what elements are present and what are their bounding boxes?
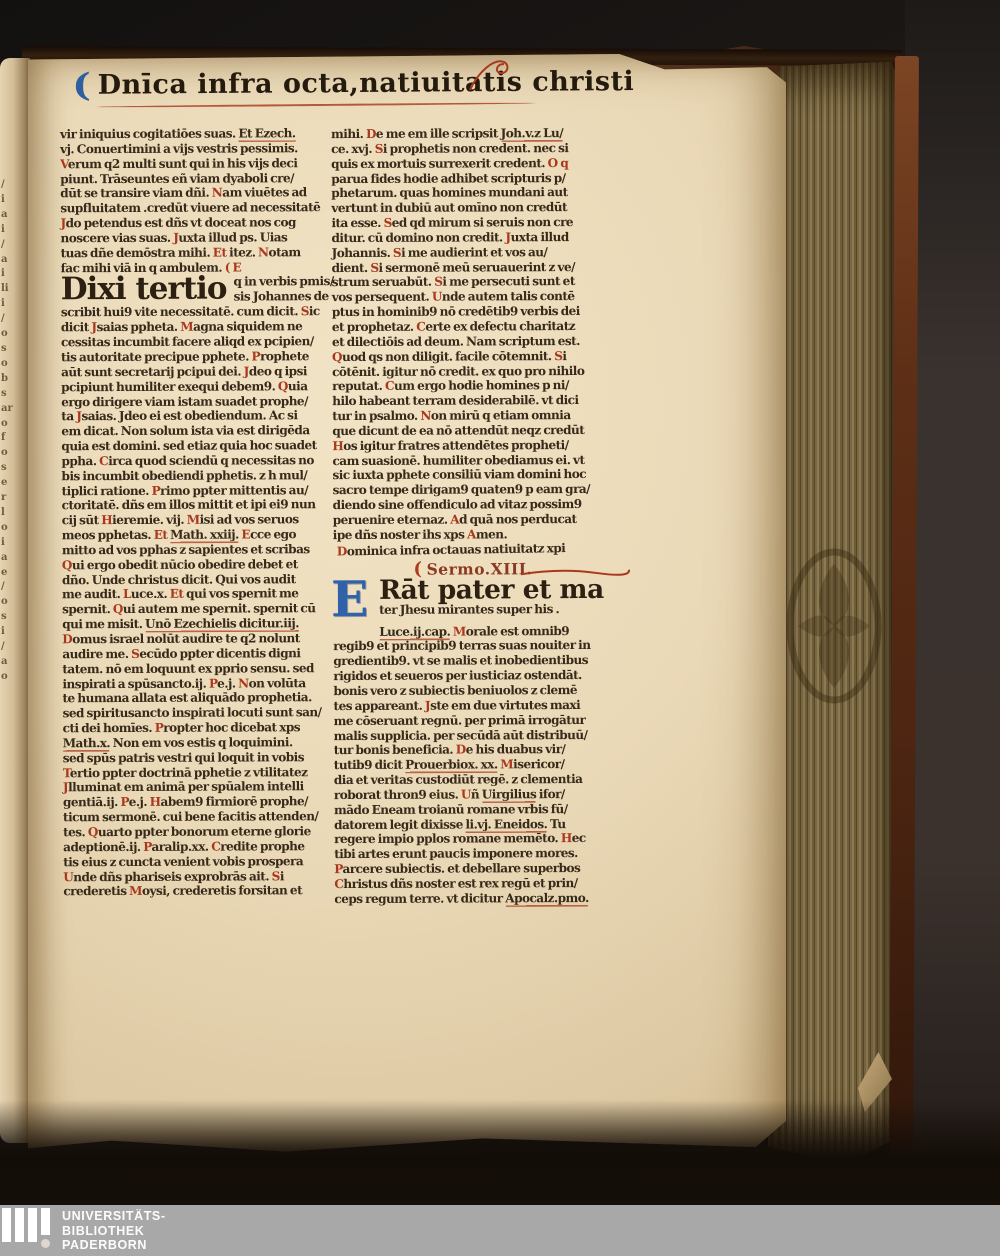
text-line: piunt. Trāseuntes eñ viam dyaboli cre/ — [60, 171, 330, 187]
text-line: crederetis Moysi, crederetis forsitan et — [63, 883, 333, 899]
text-line: Tertio ppter doctrinā pphetie z vtilitat… — [63, 765, 333, 781]
text-line: Luce.ij.cap. Morale est omnib9 — [379, 623, 613, 639]
text-line: ce. xvj. Si prophetis non credent. nec s… — [331, 141, 611, 157]
page-headline: (Dnīca infra octa,natiuitatis christi — [74, 60, 634, 102]
left-block-1: vir iniquius cogitatiōes suas. Et Ezech.… — [60, 126, 331, 276]
text-line: ticum sermonē. cui bene facitis attenden… — [63, 809, 333, 825]
dixi-bigword: Dixi tertio — [61, 275, 227, 304]
text-line: scribit hui9 vite necessitatē. cum dicit… — [61, 305, 331, 321]
text-line: aūt sunt secretarij pcipui dei. Jdeo q i… — [61, 364, 331, 380]
scan-background: { "meta": { "description": "Digitized in… — [0, 0, 1000, 1256]
text-line: Johannis. Si me audierint et vos au/ — [332, 245, 612, 261]
text-line: tiplici ratione. Primo ppter mittentis a… — [62, 483, 332, 499]
fore-edge-stamp-icon — [782, 542, 886, 710]
text-line: Quod qs non diligit. facile cōtemnit. Si — [332, 349, 612, 365]
text-line: vir iniquius cogitatiōes suas. Et Ezech. — [60, 126, 330, 142]
right-column: mihi. De me em ille scripsit Joh.v.z Lu/… — [331, 126, 614, 907]
text-line: rigidos et seueros per iusticiaz ostendā… — [333, 668, 613, 684]
text-line: Parcere subiectis. et debellare superbos — [334, 861, 614, 877]
text-line: cam suasionē. humiliter obediamus ei. vt — [332, 452, 612, 468]
library-logo-band: UNIVERSITÄTS- BIBLIOTHEK PADERBORN — [0, 1205, 1000, 1256]
text-line: sed spūs patris vestri qui loquit in vob… — [63, 750, 333, 766]
text-line: tutib9 dicit Prouerbiox. xx. Misericor/ — [334, 757, 614, 773]
text-line: quia est domini. sed etiaz quia hoc suad… — [61, 438, 331, 454]
text-line: tis eius z cuncta venient vobis prospera — [63, 854, 333, 870]
text-line: tuas dñe demōstra mihi. Et itez. Notam — [61, 245, 331, 261]
text-line: sacro tempe dirigam9 quaten9 p eam gra/ — [333, 482, 613, 498]
text-line: que dicunt de ea nō attendūt neqz credūt — [332, 423, 612, 439]
text-line: vos persequent. Unde autem talis contē — [332, 289, 612, 305]
text-line: cōtēnit. igitur nō credit. ex quo pro ni… — [332, 363, 612, 379]
text-line: phetarum. quas homines mundani aut — [331, 185, 611, 201]
text-line: parua fides hodie adhibet scripturis p/ — [331, 170, 611, 186]
text-line: et prophetaz. Certe ex defectu charitatz — [332, 319, 612, 335]
text-line: spernit. Qui autem me spernit. spernit c… — [62, 601, 332, 617]
erat-heading: E Rāt pater et ma ter Jhesu mirantes sup… — [333, 576, 613, 624]
text-line: Dominica infra octauas natiuitatz xpi — [337, 540, 613, 559]
bottom-shadow — [0, 1100, 1000, 1206]
text-line: dient. Si sermonē meū seruauerint z ve/ — [332, 259, 612, 275]
left-column: vir iniquius cogitatiōes suas. Et Ezech.… — [60, 126, 333, 899]
text-line: cij sūt Hieremie. vij. Misi ad vos seruo… — [62, 512, 332, 528]
text-line: mihi. De me em ille scripsit Joh.v.z Lu/ — [331, 126, 611, 142]
text-line: vertunt in dubiū aut omīno non credūt — [331, 200, 611, 216]
text-line: bonis vero z subiectis beniuolos z clemē — [333, 683, 613, 699]
facing-page-text-fragments: /iai/ailii/osobsarofoserloiae/osi/ao — [1, 178, 15, 685]
facing-page-sliver: /iai/ailii/osobsarofoserloiae/osi/ao — [0, 58, 30, 1143]
logo-line-1: UNIVERSITÄTS- — [62, 1209, 166, 1224]
text-line: dia et veritas custodiūt regē. z clement… — [334, 772, 614, 788]
text-line: te humana allata est aliquādo prophetia. — [62, 690, 332, 706]
text-line: datorem legit dixisse li.vj. Eneidos. Tu — [334, 816, 614, 832]
text-line: dño. Unde christus dicit. Qui vos audit — [62, 572, 332, 588]
text-line: Qui ergo obedit nūcio obedire debet et — [62, 557, 332, 573]
text-line: supfluitatem .credūt viuere ad necessita… — [60, 200, 330, 216]
text-line: tes. Quarto ppter bonorum eterne glorie — [63, 824, 333, 840]
left-block-2: scribit hui9 vite necessitatē. cum dicit… — [61, 305, 334, 900]
text-line: audire me. Secūdo ppter dicentis digni — [62, 646, 332, 662]
text-line: inspirati a spūsancto.ij. Pe.j. Non volū… — [62, 676, 332, 692]
logo-line-2: BIBLIOTHEK — [62, 1224, 166, 1239]
erat-bigline: Rāt pater et ma — [379, 576, 613, 602]
text-line: strum seruabūt. Si me persecuti sunt et — [332, 274, 612, 290]
text-line: cti dei homīes. Propter hoc dicebat xps — [63, 720, 333, 736]
text-line: ppha. Circa quod sciendū q necessitas no — [61, 453, 331, 469]
text-line: me audit. Luce.x. Et qui vos spernit me — [62, 587, 332, 603]
text-line: me cōseruant regnū. per primā irrogātur — [334, 713, 614, 729]
text-line: em dicat. Non solum ista via est dirigēd… — [61, 423, 331, 439]
logo-dot-icon — [41, 1239, 50, 1248]
text-line: hilo habeant terram desiderabilē. vt dic… — [332, 393, 612, 409]
text-line: ceps regum terre. vt dicitur Apocalz.pmo… — [334, 891, 614, 907]
text-line: malis supplicia. per secūdā aūt distribu… — [334, 727, 614, 743]
text-line: ctoritatē. dñs em illos mittit et ipi ei… — [62, 498, 332, 514]
text-line: Christus dñs noster est rex regū et prin… — [334, 876, 614, 892]
dixi-tails: q in verbis pmis/ sis Johannes de — [234, 275, 334, 305]
dixi-tertio-heading: Dixi tertio q in verbis pmis/ sis Johann… — [61, 275, 331, 306]
text-line: tis autoritate precipue pphete. Prophete — [61, 349, 331, 365]
text-line: ditur. cū domino non credit. Juxta illud — [331, 230, 611, 246]
text-line: Unde dñs phariseis exprobrās ait. Si — [63, 869, 333, 885]
text-line: noscere vias suas. Juxta illud ps. Uias — [60, 230, 330, 246]
text-line: ergo dirigere viam istam suadet prophe/ — [61, 394, 331, 410]
text-line: roborat thron9 eius. Uñ Uirgilius ifor/ — [334, 787, 614, 803]
text-line: tes appareant. Jste em due virtutes maxi — [333, 698, 613, 714]
text-line: Math.x. Non em vos estis q loquimini. — [63, 735, 333, 751]
right-block-2: regib9 et principib9 terras suas nouiter… — [333, 638, 614, 906]
text-line: regib9 et principib9 terras suas nouiter… — [333, 638, 613, 654]
text-line: regere impio pplos romane memēto. Hec — [334, 831, 614, 847]
text-line: qui me misit. Unō Ezechielis dicitur.iij… — [62, 616, 332, 632]
erat-sub2: Luce.ij.cap. Morale est omnib9 — [379, 623, 613, 639]
text-line: tur in psalmo. Non mirū q etiam omnia — [332, 408, 612, 424]
text-line: dūt se transire viam dñi. Nam viuētes ad — [60, 185, 330, 201]
text-line: bis incumbit obediendi pphetis. z h mul/ — [61, 468, 331, 484]
logo-line-3: PADERBORN — [62, 1238, 166, 1253]
text-line: Verum q2 multi sunt qui in his vijs deci — [60, 156, 330, 172]
text-line: ta Jsaias. Jdeo ei est obediendum. Ac si — [61, 408, 331, 424]
text-line: sic iuxta pphete consiliū viam domini ho… — [332, 467, 612, 483]
red-flourish-icon — [468, 54, 514, 94]
text-line: adeptionē.ij. Paralip.xx. Credite prophe — [63, 839, 333, 855]
blue-pilcrow-icon: ( — [72, 66, 92, 104]
text-line: tur bonis beneficia. De his duabus vir/ — [334, 742, 614, 758]
text-line: dicit Jsaias ppheta. Magna siquidem ne — [61, 319, 331, 335]
text-line: sed spiritusancto inspirati locuti sunt … — [63, 705, 333, 721]
text-line: vj. Conuertimini a vijs vestris pessimis… — [60, 141, 330, 157]
text-line: tatem. nō em loquunt ex pprio sensu. sed — [62, 661, 332, 677]
text-line: tibi artes erunt paucis imponere mores. — [334, 846, 614, 862]
text-line: gentiā.ij. Pe.j. Habem9 firmiorē prophe/ — [63, 794, 333, 810]
text-line: et dilectiōis ad deum. Nam scriptum est. — [332, 334, 612, 350]
blue-initial-letter: E — [331, 576, 369, 622]
text-line: cessitas incumbit facere aliqd ex pcipie… — [61, 334, 331, 350]
text-line: ita esse. Sed qd mirum si seruis non cre — [331, 215, 611, 231]
library-logo-icon — [2, 1208, 56, 1254]
text-line: Hos igitur fratres attendētes propheti/ — [332, 438, 612, 454]
library-logo-text: UNIVERSITÄTS- BIBLIOTHEK PADERBORN — [62, 1209, 166, 1253]
text-line: pcipiunt humiliter exequi debem9. Quia — [61, 379, 331, 395]
background-right — [905, 0, 1000, 1256]
text-line: mitto ad vos pphas z sapientes et scriba… — [62, 542, 332, 558]
text-line: Jdo petendus est dñs vt doceat nos cog — [60, 215, 330, 231]
text-line: ptus in hominib9 nō credētib9 verbis dei — [332, 304, 612, 320]
headline-title: Dnīca infra octa,natiuitatis christi — [98, 66, 635, 101]
text-line: quis ex mortuis surrexerit credent. O q — [331, 156, 611, 172]
text-line: Domus israel nolūt audire te q2 nolunt — [62, 631, 332, 647]
text-line: reputat. Cum ergo hodie homines p ni/ — [332, 378, 612, 394]
right-block-1: mihi. De me em ille scripsit Joh.v.z Lu/… — [331, 126, 613, 543]
text-line: q in verbis pmis/ — [234, 275, 334, 290]
text-line: mādo Eneam troianū romane vrbis fū/ — [334, 802, 614, 818]
text-line: peruenire eternaz. Ad quā nos perducat — [333, 512, 613, 528]
text-line: Jlluminat em animā per spūalem intelli — [63, 780, 333, 796]
text-line: gredientib9. vt se malis et inobedientib… — [333, 653, 613, 669]
text-line: diendo sine offendiculo ad vitaz possim9 — [333, 497, 613, 513]
text-line: sis Johannes de — [234, 289, 334, 304]
text-line: meos pphetas. Et Math. xxiij. Ecce ego — [62, 527, 332, 543]
